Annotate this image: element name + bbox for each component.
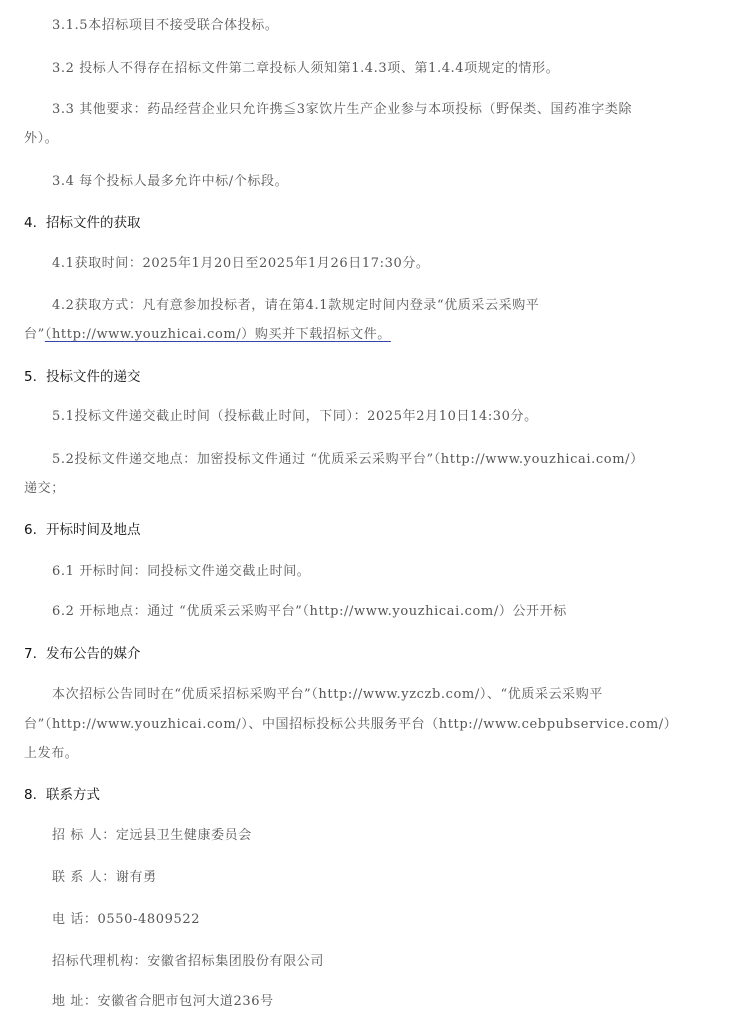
paragraph-3-2: 3.2 投标人不得存在招标文件第二章投标人须知第1.4.3项、第1.4.4项规定… (52, 60, 559, 78)
paragraph-5-2-line1: 5.2投标文件递交地点：加密投标文件通过 “优质采云采购平台”（http://w… (52, 451, 644, 469)
paragraph-6-1: 6.1 开标时间：同投标文件递交截止时间。 (52, 563, 310, 581)
paragraph-6-2: 6.2 开标地点：通过 “优质采云采购平台”（http://www.youzhi… (52, 603, 567, 621)
section-number: 5. (24, 368, 46, 386)
section-number: 7. (24, 645, 46, 663)
paragraph-3-3-line1: 3.3 其他要求：药品经营企业只允许携≦3家饮片生产企业参与本项投标（野保类、国… (52, 101, 632, 119)
section-heading-8: 8.联系方式 (24, 786, 100, 804)
paragraph-7-line2: 台”（http://www.youzhicai.com/）、中国招标投标公共服务… (24, 716, 677, 734)
paragraph-7-line1: 本次招标公告同时在“优质采招标采购平台”（http://www.yzczb.co… (52, 686, 603, 704)
paragraph-3-4: 3.4 每个投标人最多允许中标/个标段。 (52, 173, 288, 191)
contact-address: 地 址：安徽省合肥市包河大道236号 (52, 993, 274, 1011)
paragraph-5-2-line2: 递交； (24, 480, 65, 498)
contact-agency: 招标代理机构：安徽省招标集团股份有限公司 (52, 953, 324, 971)
section-number: 8. (24, 786, 46, 804)
paragraph-7-line3: 上发布。 (24, 745, 78, 763)
section-heading-6: 6.开标时间及地点 (24, 521, 141, 539)
section-number: 4. (24, 214, 46, 232)
contact-phone: 电 话：0550-4809522 (52, 911, 200, 929)
section-title: 开标时间及地点 (46, 522, 141, 538)
contact-tenderer: 招 标 人：定远县卫生健康委员会 (52, 827, 252, 845)
youzhicai-link[interactable]: （http://www.youzhicai.com/）购买并下载招标文件。 (45, 327, 391, 342)
contact-person: 联 系 人：谢有勇 (52, 869, 157, 887)
paragraph-3-1-5: 3.1.5本招标项目不接受联合体投标。 (52, 17, 278, 35)
paragraph-3-3-line2: 外）。 (24, 130, 58, 148)
section-heading-5: 5.投标文件的递交 (24, 368, 141, 386)
section-title: 联系方式 (46, 787, 100, 803)
section-title: 发布公告的媒介 (46, 646, 141, 662)
section-number: 6. (24, 521, 46, 539)
paragraph-4-1: 4.1获取时间：2025年1月20日至2025年1月26日17:30分。 (52, 255, 430, 273)
paragraph-4-2-line1: 4.2获取方式：凡有意参加投标者，请在第4.1款规定时间内登录“优质采云采购平 (52, 297, 539, 315)
section-title: 投标文件的递交 (46, 369, 141, 385)
section-heading-7: 7.发布公告的媒介 (24, 645, 141, 663)
section-heading-4: 4.招标文件的获取 (24, 214, 141, 232)
paragraph-5-1: 5.1投标文件递交截止时间（投标截止时间，下同）：2025年2月10日14:30… (52, 408, 538, 426)
text-prefix: 台” (24, 327, 45, 342)
section-title: 招标文件的获取 (46, 215, 141, 231)
paragraph-4-2-line2: 台”（http://www.youzhicai.com/）购买并下载招标文件。 (24, 326, 391, 344)
